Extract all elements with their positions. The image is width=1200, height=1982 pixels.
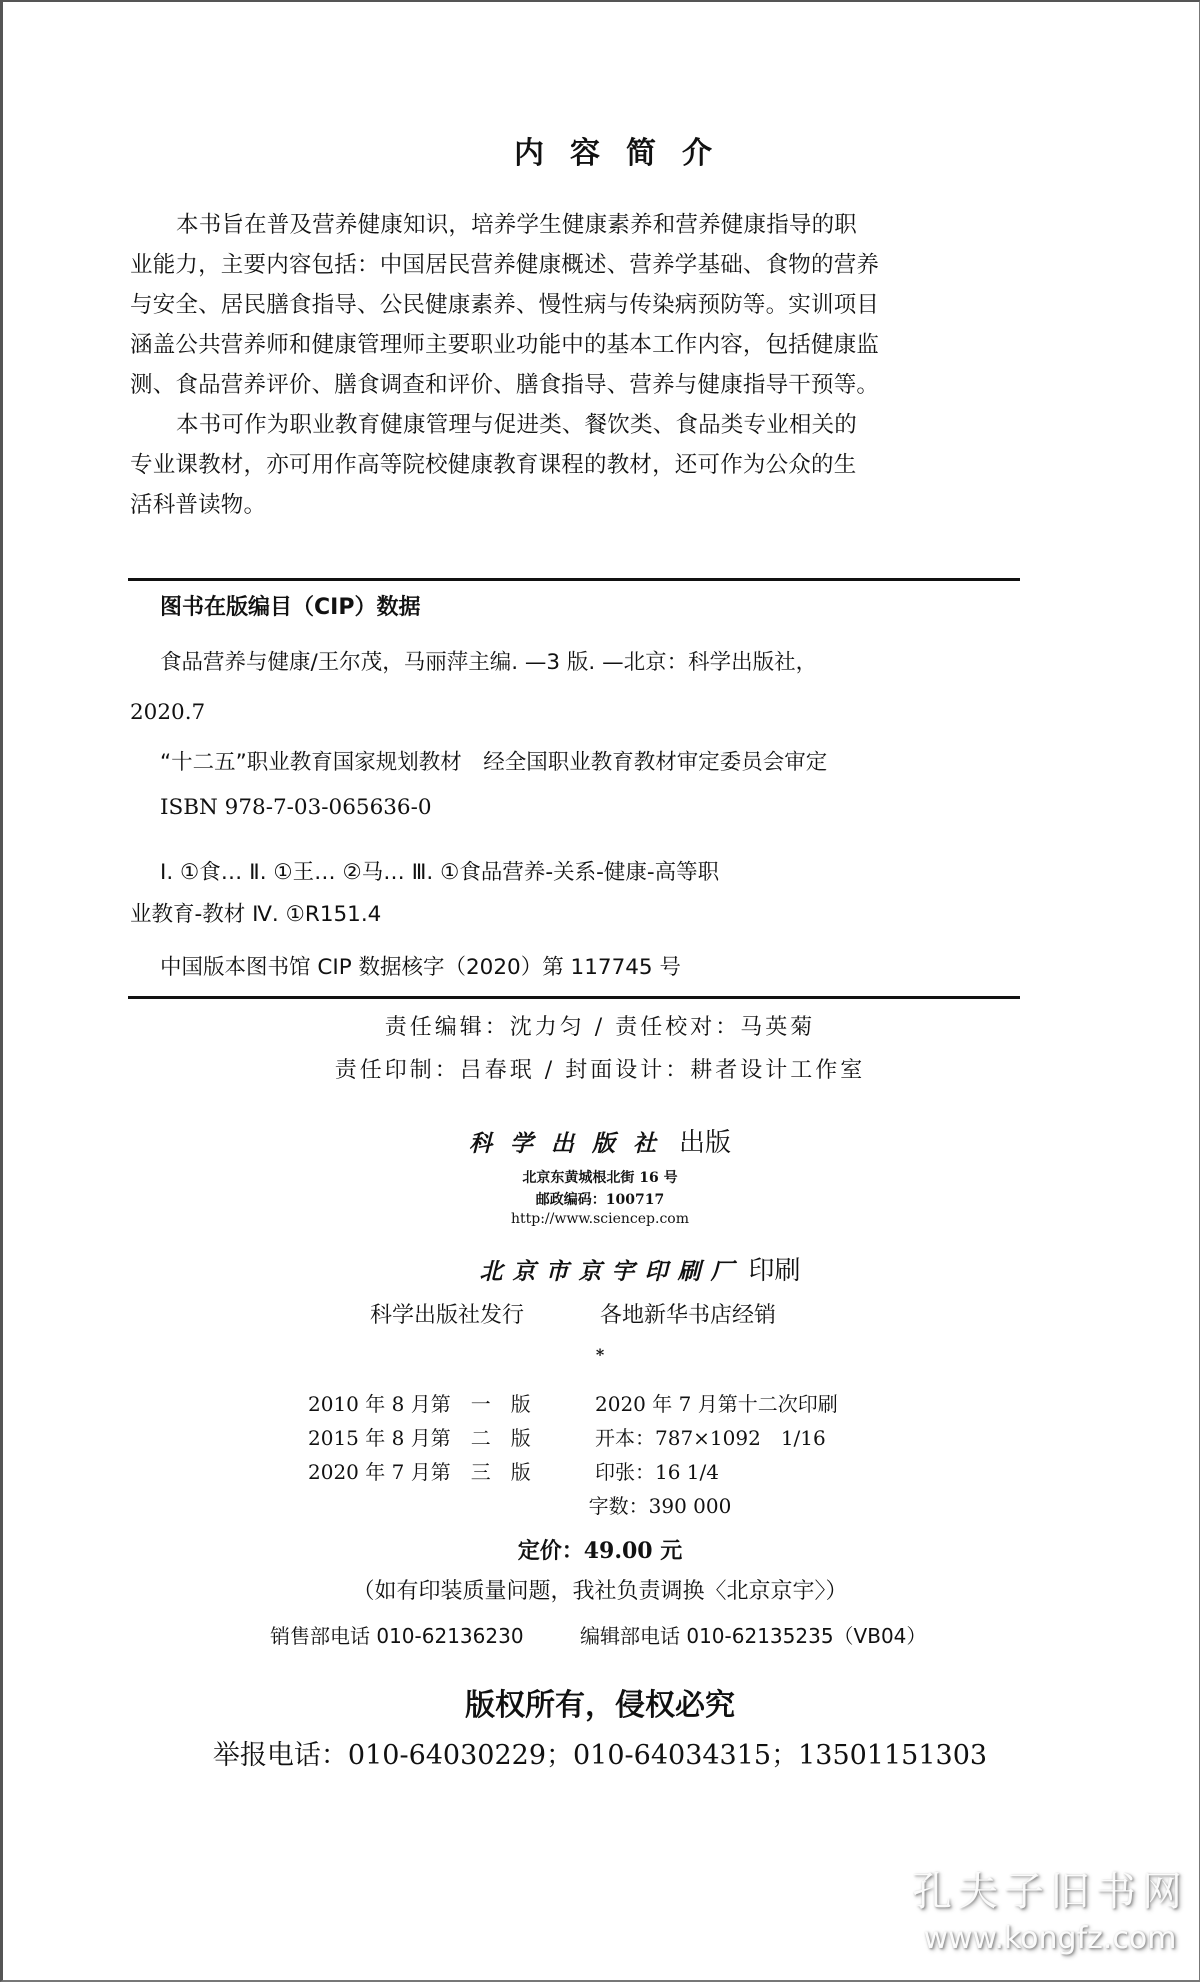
- summary-line: 本书可作为职业教育健康管理与促进类、餐饮类、食品类专业相关的: [130, 405, 1015, 445]
- publisher-website: http://www.sciencep.com: [0, 1211, 1200, 1227]
- summary-line: 本书旨在普及营养健康知识，培养学生健康素养和营养健康指导的职: [130, 205, 1015, 245]
- cip-heading: 图书在版编目（CIP）数据: [160, 590, 420, 621]
- summary-line: 测、食品营养评价、膳食调查和评价、膳食指导、营养与健康指导干预等。: [130, 365, 1015, 405]
- edition-2: 2015 年 8 月第 二 版: [308, 1422, 531, 1451]
- summary-line: 活科普读物。: [130, 485, 1015, 525]
- format-size: 开本：787×1092 1/16: [595, 1422, 826, 1451]
- price-value: 49.00 元: [584, 1538, 683, 1564]
- staff-editors: 责任编辑：沈力匀 / 责任校对：马英菊: [0, 1010, 1200, 1041]
- word-count: 字数：390 000: [0, 1490, 1200, 1519]
- page-title: 内容简介: [0, 128, 1200, 172]
- summary-paragraph-1: 本书旨在普及营养健康知识，培养学生健康素养和营养健康指导的职 业能力，主要内容包…: [130, 205, 1015, 405]
- printer-line: 北京市京宇印刷厂 印刷: [0, 1250, 1200, 1287]
- cip-classification-1: Ⅰ. ①食… Ⅱ. ①王… ②马… Ⅲ. ①食品营养-关系-健康-高等职: [160, 855, 719, 886]
- edition-1: 2010 年 8 月第 一 版: [308, 1388, 531, 1417]
- publisher-suffix: 出版: [679, 1128, 731, 1158]
- summary-paragraph-2: 本书可作为职业教育健康管理与促进类、餐饮类、食品类专业相关的 专业课教材，亦可用…: [130, 405, 1015, 525]
- summary-line: 涵盖公共营养师和健康管理师主要职业功能中的基本工作内容，包括健康监: [130, 325, 1015, 365]
- publisher-address: 北京东黄城根北街 16 号: [0, 1167, 1200, 1187]
- watermark: 孔夫子旧书网 www.kongfz.com: [905, 1860, 1195, 1956]
- summary-line: 专业课教材，亦可用作高等院校健康教育课程的教材，还可作为公众的生: [130, 445, 1015, 485]
- cip-line-2: 2020.7: [130, 700, 205, 725]
- publisher-line: 科学出版社 出版: [0, 1122, 1200, 1159]
- cip-record-number: 中国版本图书馆 CIP 数据核字（2020）第 117745 号: [160, 950, 681, 981]
- report-phones: 举报电话：010-64030229；010-64034315；135011513…: [0, 1733, 1200, 1772]
- separator-asterisk: *: [0, 1345, 1200, 1364]
- quality-notice: （如有印装质量问题，我社负责调换〈北京京宇〉）: [0, 1574, 1200, 1605]
- publisher-name: 科学出版社: [469, 1130, 674, 1157]
- publisher-postcode: 邮政编码：100717: [0, 1189, 1200, 1209]
- summary-line: 业能力，主要内容包括：中国居民营养健康概述、营养学基础、食物的营养: [130, 245, 1015, 285]
- print-sheets: 印张：16 1/4: [595, 1456, 719, 1485]
- divider: [128, 996, 1020, 999]
- watermark-url: www.kongfz.com: [905, 1921, 1195, 1956]
- printer-suffix: 印刷: [749, 1256, 801, 1286]
- watermark-chinese: 孔夫子旧书网: [905, 1860, 1195, 1917]
- printer-name: 北京市京宇印刷厂: [479, 1258, 743, 1285]
- staff-design: 责任印制：吕春珉 / 封面设计：耕者设计工作室: [0, 1053, 1200, 1084]
- editorial-phone: 编辑部电话 010-62135235（VB04）: [580, 1620, 926, 1649]
- copyright-notice: 版权所有，侵权必究: [0, 1680, 1200, 1724]
- cip-isbn: ISBN 978-7-03-065636-0: [160, 795, 432, 820]
- cip-classification-2: 业教育-教材 Ⅳ. ①R151.4: [130, 897, 381, 928]
- cip-line-1: 食品营养与健康/王尔茂，马丽萍主编. —3 版. —北京：科学出版社，: [160, 645, 817, 676]
- price-label: 定价：: [518, 1539, 584, 1564]
- distributor: 科学出版社发行: [370, 1298, 524, 1329]
- edition-3: 2020 年 7 月第 三 版: [308, 1456, 531, 1485]
- price-line: 定价：49.00 元: [0, 1534, 1200, 1565]
- divider: [128, 578, 1020, 581]
- retailer: 各地新华书店经销: [600, 1298, 776, 1329]
- print-run: 2020 年 7 月第十二次印刷: [595, 1388, 838, 1417]
- cip-line-3: “十二五”职业教育国家规划教材 经全国职业教育教材审定委员会审定: [160, 745, 827, 776]
- sales-phone: 销售部电话 010-62136230: [270, 1620, 524, 1649]
- summary-line: 与安全、居民膳食指导、公民健康素养、慢性病与传染病预防等。实训项目: [130, 285, 1015, 325]
